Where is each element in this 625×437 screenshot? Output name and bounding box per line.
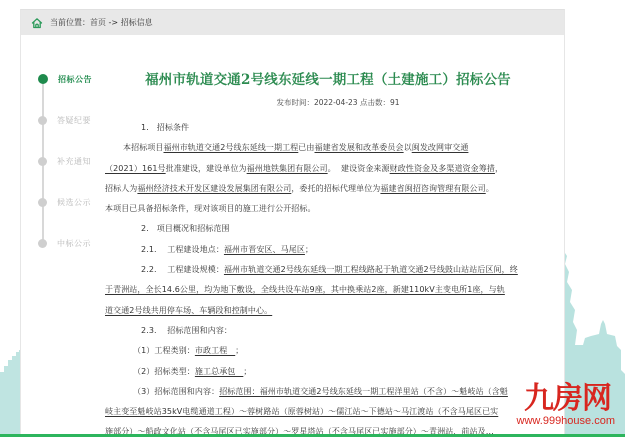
article-meta: 发布时间：2022-04-23 点击数：91 xyxy=(113,97,553,108)
scale-value: 福州市轨道交通2号线东延线一期工程线路起于轨道交通2号线鼓山站站后区间，终 xyxy=(224,265,518,274)
step-candidate-publicity[interactable]: 候选公示 xyxy=(35,195,91,209)
step-dot-icon xyxy=(38,239,47,248)
paragraph: 2.2. 工程建设规模：福州市轨道交通2号线东延线一期工程线路起于轨道交通2号线… xyxy=(105,260,553,280)
breadcrumb-home-link[interactable]: 首页 xyxy=(90,17,106,28)
fund-source: 财政性资金及多渠道资金筹措 xyxy=(390,164,495,173)
text: 招标人为 xyxy=(105,184,137,193)
breadcrumb-current: 招标信息 xyxy=(121,17,153,28)
label: 2.1. 工程建设地点： xyxy=(141,245,224,254)
article-title: 福州市轨道交通2号线东延线一期工程（土建施工）招标公告 xyxy=(103,68,553,88)
watermark-logo: 九房网 xyxy=(481,383,621,415)
step-award-publicity[interactable]: 中标公示 xyxy=(35,236,91,250)
clicks-count: 91 xyxy=(390,98,400,107)
project-type-value: 市政工程 xyxy=(195,346,235,355)
builder-name: 福州地铁集团有限公司 xyxy=(247,164,328,173)
label: 2.2. 工程建设规模： xyxy=(141,265,224,274)
paragraph: 2.1. 工程建设地点：福州市晋安区、马尾区； xyxy=(105,240,553,260)
text: ，委托的招标代理单位为 xyxy=(291,184,380,193)
section-heading: 1. 招标条件 xyxy=(105,118,553,138)
scope-value: 招标范围：福州市轨道交通2号线东延线一期工程洋里站（不含）～魁岐站（含魁 xyxy=(219,387,508,396)
paragraph: 于青洲站，全长14.6公里，均为地下敷设，全线共设车站9座，其中换乘站2座，新建… xyxy=(105,280,553,300)
watermark-url: www.999house.com xyxy=(481,415,621,427)
tenderer-name: 福州经济技术开发区建设发展集团有限公司 xyxy=(137,184,291,193)
step-label: 候选公示 xyxy=(57,197,91,208)
home-icon xyxy=(31,17,43,29)
skyline-decoration-left xyxy=(0,350,22,435)
publish-label: 发布时间： xyxy=(276,98,314,107)
step-tender-notice[interactable]: 招标公告 xyxy=(35,72,92,86)
text: 以 xyxy=(404,143,412,152)
agency-name: 福建省闽招咨询管理有限公司 xyxy=(380,184,485,193)
section-heading-text: 1. 招标条件 xyxy=(141,123,189,132)
paragraph: （2021）161号批准建设，建设单位为福州地铁集团有限公司。 建设资金来源财政… xyxy=(105,159,553,179)
paragraph: 本项目已具备招标条件，现对该项目的施工进行公开招标。 xyxy=(105,199,553,219)
section-heading: 2.3. 招标范围和内容： xyxy=(105,321,553,341)
step-supplementary-notice[interactable]: 补充通知 xyxy=(35,154,91,168)
breadcrumb-separator: -> xyxy=(106,18,121,27)
breadcrumb-prefix: 当前位置： xyxy=(50,17,90,28)
approval-number: （2021）161号 xyxy=(105,164,166,173)
step-label: 补充通知 xyxy=(57,156,91,167)
scope-value: 岐主变至魁岐站35kV电缆通道工程）～蓉树路站（原蓉树站）～儒江站～下德站～马江… xyxy=(105,407,498,416)
paragraph: （2）招标类型：施工总承包 ； xyxy=(105,362,553,382)
text: ； xyxy=(305,245,313,254)
clicks-label: 点击数： xyxy=(358,98,390,107)
step-label: 答疑纪要 xyxy=(57,115,91,126)
breadcrumb: 当前位置： 首页 -> 招标信息 xyxy=(21,10,564,35)
text: 。 建设资金来源 xyxy=(328,164,390,173)
step-label: 招标公告 xyxy=(58,74,92,85)
step-label: 中标公示 xyxy=(57,238,91,249)
paragraph: 本招标项目福州市轨道交通2号线东延线一期工程已由福建省发展和改革委员会以闽发改网… xyxy=(105,138,553,158)
watermark: 九房网 www.999house.com xyxy=(481,383,621,433)
tender-type-value: 施工总承包 xyxy=(195,367,243,376)
step-dot-active-icon xyxy=(38,74,48,84)
location-value: 福州市晋安区、马尾区 xyxy=(224,245,305,254)
section-heading-text: 2.3. 招标范围和内容： xyxy=(141,326,232,335)
publish-date: 2022-04-23 xyxy=(314,98,358,107)
section-heading-text: 2. 项目概况和招标范围 xyxy=(141,224,230,233)
text: ； xyxy=(235,346,243,355)
label: （1）工程类别： xyxy=(133,346,195,355)
approval-authority: 福建省发展和改革委员会 xyxy=(315,143,404,152)
article: 福州市轨道交通2号线东延线一期工程（土建施工）招标公告 发布时间：2022-04… xyxy=(113,58,553,437)
step-dot-icon xyxy=(38,198,47,207)
step-dot-icon xyxy=(38,157,47,166)
paragraph: （1）工程类别：市政工程 ； xyxy=(105,341,553,361)
approval-doc: 闽发改网审交通 xyxy=(412,143,469,152)
step-dot-icon xyxy=(38,116,47,125)
paragraph: 招标人为福州经济技术开发区建设发展集团有限公司，委托的招标代理单位为福建省闽招咨… xyxy=(105,179,553,199)
text: 批准建设，建设单位为 xyxy=(166,164,247,173)
project-name: 福州市轨道交通2号线东延线一期工程 xyxy=(164,143,299,152)
text: ； xyxy=(243,367,251,376)
scale-value: 道交通2号线共用停车场、车辆段和控制中心。 xyxy=(105,306,272,315)
text: 已由 xyxy=(298,143,314,152)
label: （3）招标范围和内容： xyxy=(133,387,219,396)
text: 本项目已具备招标条件，现对该项目的施工进行公开招标。 xyxy=(105,204,316,213)
paragraph: 道交通2号线共用停车场、车辆段和控制中心。 xyxy=(105,301,553,321)
text: ， xyxy=(495,164,503,173)
main-panel: 当前位置： 首页 -> 招标信息 招标公告 答疑纪要 补充通知 候选公示 中标公… xyxy=(20,9,565,437)
step-qa-minutes[interactable]: 答疑纪要 xyxy=(35,113,91,127)
text: 本招标项目 xyxy=(123,143,164,152)
text: 。 xyxy=(486,184,494,193)
label: （2）招标类型： xyxy=(133,367,195,376)
section-heading: 2. 项目概况和招标范围 xyxy=(105,219,553,239)
scale-value: 于青洲站，全长14.6公里，均为地下敷设，全线共设车站9座，其中换乘站2座，新建… xyxy=(105,285,505,294)
